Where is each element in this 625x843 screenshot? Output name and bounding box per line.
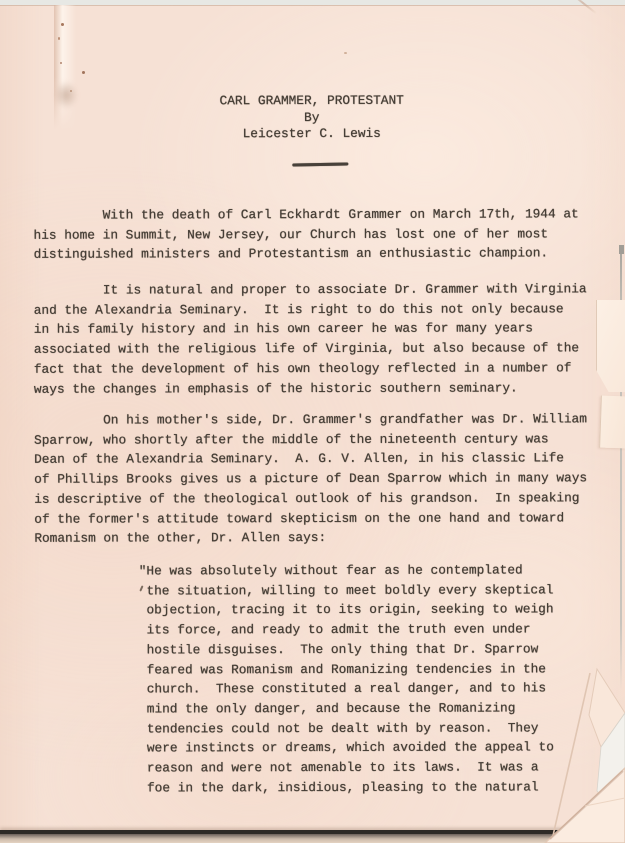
- document-scan: CARL GRAMMER, PROTESTANT By Leicester C.…: [0, 0, 625, 843]
- paragraph-2: It is natural and proper to associate Dr…: [34, 279, 587, 399]
- paragraph-1: With the death of Carl Eckhardt Grammer …: [33, 204, 578, 265]
- title-rule: [292, 162, 348, 166]
- paragraph-3: On his mother's side, Dr. Grammer's gran…: [34, 409, 587, 548]
- folded-corner: [490, 660, 625, 843]
- stray-pen-mark: [139, 585, 143, 591]
- author-name: Leicester C. Lewis: [0, 123, 624, 144]
